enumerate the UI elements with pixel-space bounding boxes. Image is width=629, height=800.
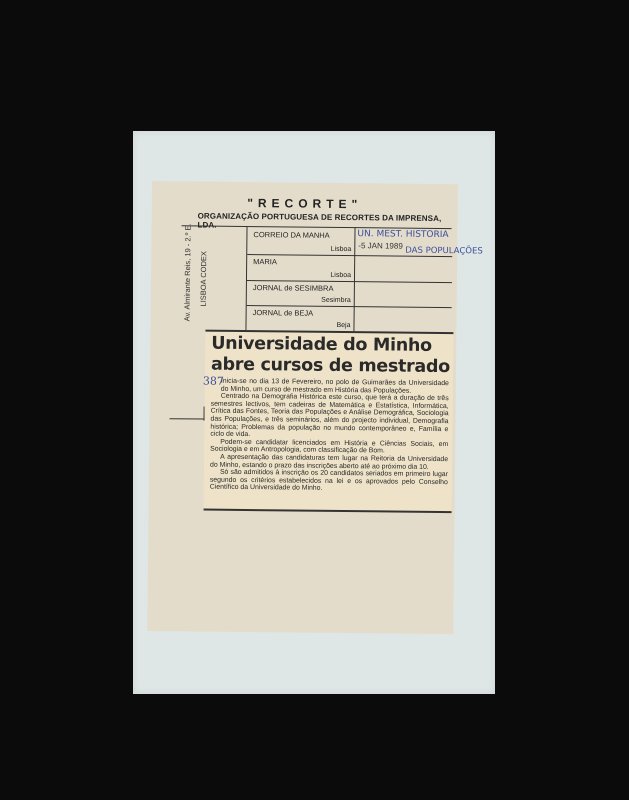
headline-line: Universidade do Minho	[211, 334, 451, 358]
table-mid-border	[353, 227, 355, 331]
headline-line: abre cursos de mestrado	[211, 355, 451, 379]
publication-row: CORREIO DA MANHA Lisboa	[247, 228, 353, 255]
newspaper-article: Universidade do Minho abre cursos de mes…	[204, 330, 454, 514]
address-city: LISBOA CODEX	[199, 251, 209, 307]
publication-row: JORNAL de BEJA Beja	[246, 306, 352, 331]
publication-row: JORNAL de SESIMBRA Sesimbra	[247, 281, 353, 306]
article-paragraph: Centrado na Demografia Histórica este cu…	[210, 393, 448, 441]
article-paragraph: Só são admitidos à inscrição os 20 candi…	[210, 469, 448, 494]
address-line: Av. Almirante Reis, 19 - 2.º E.	[183, 223, 193, 321]
recorte-title: "RECORTE"	[152, 195, 458, 212]
handwritten-course-note-2: DAS POPULAÇÕES	[405, 246, 483, 257]
publication-row: MARIA Lisboa	[247, 255, 353, 281]
date-stamp: -5 JAN 1989	[358, 241, 403, 250]
handwritten-course-note: UN. MEST. HISTORIA	[357, 229, 448, 240]
cut-mark	[170, 418, 204, 419]
article-body: Inicia-se no dia 13 de Fevereiro, no pol…	[210, 378, 449, 494]
press-clipping-sheet: "RECORTE" ORGANIZAÇÃO PORTUGUESA DE RECO…	[147, 181, 458, 634]
article-headline: Universidade do Minho abre cursos de mes…	[211, 334, 451, 379]
